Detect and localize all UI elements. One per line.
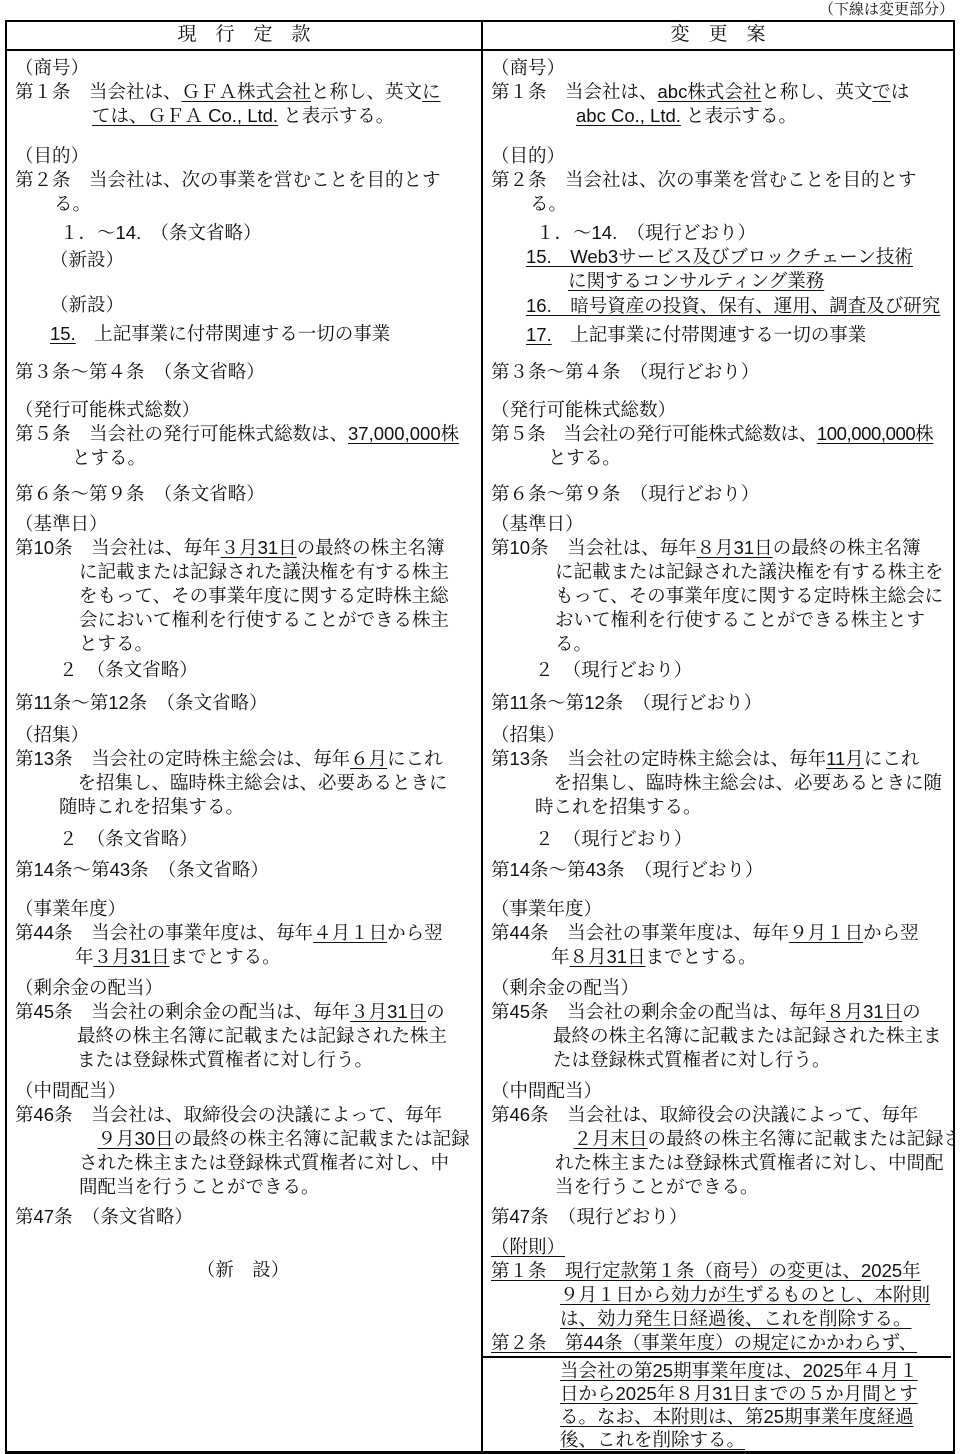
current-new-item-placeholder-2: （新設） (7, 293, 479, 317)
proposed-article10-para2: ２ （現行どおり） (483, 658, 951, 682)
current-article1: 第１条 当会社は、ＧＦＡ株式会社と称し、英文にては、ＧＦＡ Co., Ltd. … (7, 80, 479, 128)
proposed-heading-trade-name: （商号） (483, 56, 951, 80)
section-dividends: （剰余金の配当） 第45条 当会社の剰余金の配当は、毎年３月31日の最終の株主名… (7, 969, 953, 1072)
current-article45: 第45条 当会社の剰余金の配当は、毎年３月31日の最終の株主名簿に記載または記録… (7, 1000, 479, 1072)
proposed-article13: 第13条 当会社の定時株主総会は、毎年11月にこれ を招集し、臨時株主総会は、必… (483, 747, 951, 819)
proposed-article2-item16: 16. 暗号資産の投資、保有、運用、調査及び研究 (483, 294, 951, 318)
proposed-supp-article2-first-line: 第２条 第44条（事業年度）の規定にかかわらず、 (483, 1331, 951, 1358)
current-article46: 第46条 当会社は、取締役会の決議によって、毎年 ９月30日の最終の株主名簿に記… (7, 1103, 479, 1199)
proposed-heading-record-date: （基準日） (483, 512, 951, 536)
current-heading-convocation: （招集） (7, 723, 479, 747)
proposed-article5: 第５条 当会社の発行可能株式総数は、100,000,000株とする。 (483, 422, 951, 470)
section-articles3-4: 第３条～第４条 （条文省略） 第３条～第４条 （現行どおり） (7, 347, 953, 384)
section-interim-dividends: （中間配当） 第46条 当会社は、取締役会の決議によって、毎年 ９月30日の最終… (7, 1072, 953, 1199)
proposed-articles11-12: 第11条～第12条 （現行どおり） (483, 691, 951, 715)
proposed-article46: 第46条 当会社は、取締役会の決議によって、毎年 ２月末日の最終の株主名簿に記載… (483, 1103, 951, 1199)
proposed-article2-item15: 15. Web3サービス及びブロックチェーン技術に関するコンサルティング業務 (483, 245, 951, 293)
proposed-heading-fiscal-year: （事業年度） (483, 897, 951, 921)
current-article2-item15: 15. 上記事業に付帯関連する一切の事業 (7, 322, 479, 346)
proposed-heading-convocation: （招集） (483, 723, 951, 747)
proposed-heading-purpose: （目的） (483, 144, 951, 168)
current-article13-para2: ２ （条文省略） (7, 827, 479, 851)
section-articles6-9: 第６条～第９条 （条文省略） 第６条～第９条 （現行どおり） (7, 470, 953, 506)
proposed-article2-items-1-14: １．～14. （現行どおり） (483, 221, 951, 245)
current-heading-fiscal-year: （事業年度） (7, 897, 479, 921)
section-articles14-43: 第14条～第43条 （条文省略） 第14条～第43条 （現行どおり） (7, 851, 953, 882)
current-article2-items-1-14: １．～14. （条文省略） (7, 221, 479, 245)
current-heading-trade-name: （商号） (7, 56, 479, 80)
proposed-article44: 第44条 当会社の事業年度は、毎年９月１日から翌年８月31日までとする。 (483, 921, 951, 969)
section-trade-name: （商号） 第１条 当会社は、ＧＦＡ株式会社と称し、英文にては、ＧＦＡ Co., … (7, 51, 953, 128)
header-proposed-amendments: 変 更 案 (481, 22, 953, 49)
current-heading-interim-dividends: （中間配当） (7, 1079, 479, 1103)
proposed-supp-article2: 第２条 第44条（事業年度）の規定にかかわらず、 当会社の第25期事業年度は、2… (483, 1331, 951, 1451)
underline-note: （下線は変更部分） (0, 0, 960, 20)
current-article5: 第５条 当会社の発行可能株式総数は、37,000,000株とする。 (7, 422, 479, 470)
section-fiscal-year: （事業年度） 第44条 当会社の事業年度は、毎年４月１日から翌年３月31日までと… (7, 882, 953, 969)
proposed-heading-supplementary: （附則） (483, 1235, 951, 1259)
current-new-item-placeholder-1: （新設） (7, 248, 479, 272)
current-articles11-12: 第11条～第12条 （条文省略） (7, 691, 479, 715)
section-articles11-12: 第11条～第12条 （条文省略） 第11条～第12条 （現行どおり） (7, 682, 953, 715)
proposed-article47: 第47条 （現行どおり） (483, 1205, 951, 1229)
section-record-date: （基準日） 第10条 当会社は、毎年３月31日の最終の株主名簿に記載または記録さ… (7, 506, 953, 682)
section-supplementary: （新 設） （附則） 第１条 現行定款第１条（商号）の変更は、2025年９月１日… (7, 1229, 953, 1451)
proposed-article2: 第２条 当会社は、次の事業を営むことを目的とする。 (483, 168, 951, 216)
proposed-heading-interim-dividends: （中間配当） (483, 1079, 951, 1103)
current-article10: 第10条 当会社は、毎年３月31日の最終の株主名簿に記載または記録された議決権を… (7, 536, 479, 656)
current-articles6-9: 第６条～第９条 （条文省略） (7, 482, 479, 506)
proposed-supp-article2-continuation: 当会社の第25期事業年度は、2025年４月１日から2025年８月31日までの５か… (483, 1359, 951, 1451)
proposed-articles3-4: 第３条～第４条 （現行どおり） (483, 360, 951, 384)
current-articles3-4: 第３条～第４条 （条文省略） (7, 360, 479, 384)
current-article47: 第47条 （条文省略） (7, 1205, 479, 1229)
section-convocation: （招集） 第13条 当会社の定時株主総会は、毎年６月にこれ を招集し、臨時株主総… (7, 715, 953, 851)
proposed-supp-article1: 第１条 現行定款第１条（商号）の変更は、2025年９月１日から効力が生ずるものと… (483, 1259, 951, 1331)
proposed-heading-authorized-shares: （発行可能株式総数） (483, 398, 951, 422)
proposed-article2-item17: 17. 上記事業に付帯関連する一切の事業 (483, 323, 951, 347)
section-purpose: （目的） 第２条 当会社は、次の事業を営むことを目的とする。 １．～14. （条… (7, 128, 953, 347)
proposed-article1: 第１条 当会社は、abc株式会社と称し、英文ではabc Co., Ltd. と表… (483, 80, 951, 128)
proposed-heading-dividends: （剰余金の配当） (483, 976, 951, 1000)
current-article13: 第13条 当会社の定時株主総会は、毎年６月にこれ を招集し、臨時株主総会は、必要… (7, 747, 479, 819)
proposed-article13-para2: ２ （現行どおり） (483, 827, 951, 851)
current-heading-dividends: （剰余金の配当） (7, 976, 479, 1000)
comparison-table: 現 行 定 款 変 更 案 （商号） 第１条 当会社は、ＧＦＡ株式会社と称し、英… (5, 20, 955, 1454)
proposed-articles14-43: 第14条～第43条 （現行どおり） (483, 858, 951, 882)
current-article2: 第２条 当会社は、次の事業を営むことを目的とする。 (7, 168, 479, 216)
table-header-row: 現 行 定 款 変 更 案 (7, 22, 953, 51)
section-article47: 第47条 （条文省略） 第47条 （現行どおり） (7, 1199, 953, 1229)
proposed-article10: 第10条 当会社は、毎年８月31日の最終の株主名簿に記載または記録された議決権を… (483, 536, 951, 656)
current-article10-para2: ２ （条文省略） (7, 658, 479, 682)
current-heading-authorized-shares: （発行可能株式総数） (7, 398, 479, 422)
section-authorized-shares: （発行可能株式総数） 第５条 当会社の発行可能株式総数は、37,000,000株… (7, 384, 953, 470)
current-articles14-43: 第14条～第43条 （条文省略） (7, 858, 479, 882)
proposed-article45: 第45条 当会社の剰余金の配当は、毎年８月31日の最終の株主名簿に記載または記録… (483, 1000, 951, 1072)
current-new-article-placeholder: （新 設） (7, 1258, 479, 1282)
current-heading-purpose: （目的） (7, 144, 479, 168)
current-heading-record-date: （基準日） (7, 512, 479, 536)
header-current-articles: 現 行 定 款 (7, 22, 481, 49)
current-article44: 第44条 当会社の事業年度は、毎年４月１日から翌年３月31日までとする。 (7, 921, 479, 969)
proposed-articles6-9: 第６条～第９条 （現行どおり） (483, 482, 951, 506)
